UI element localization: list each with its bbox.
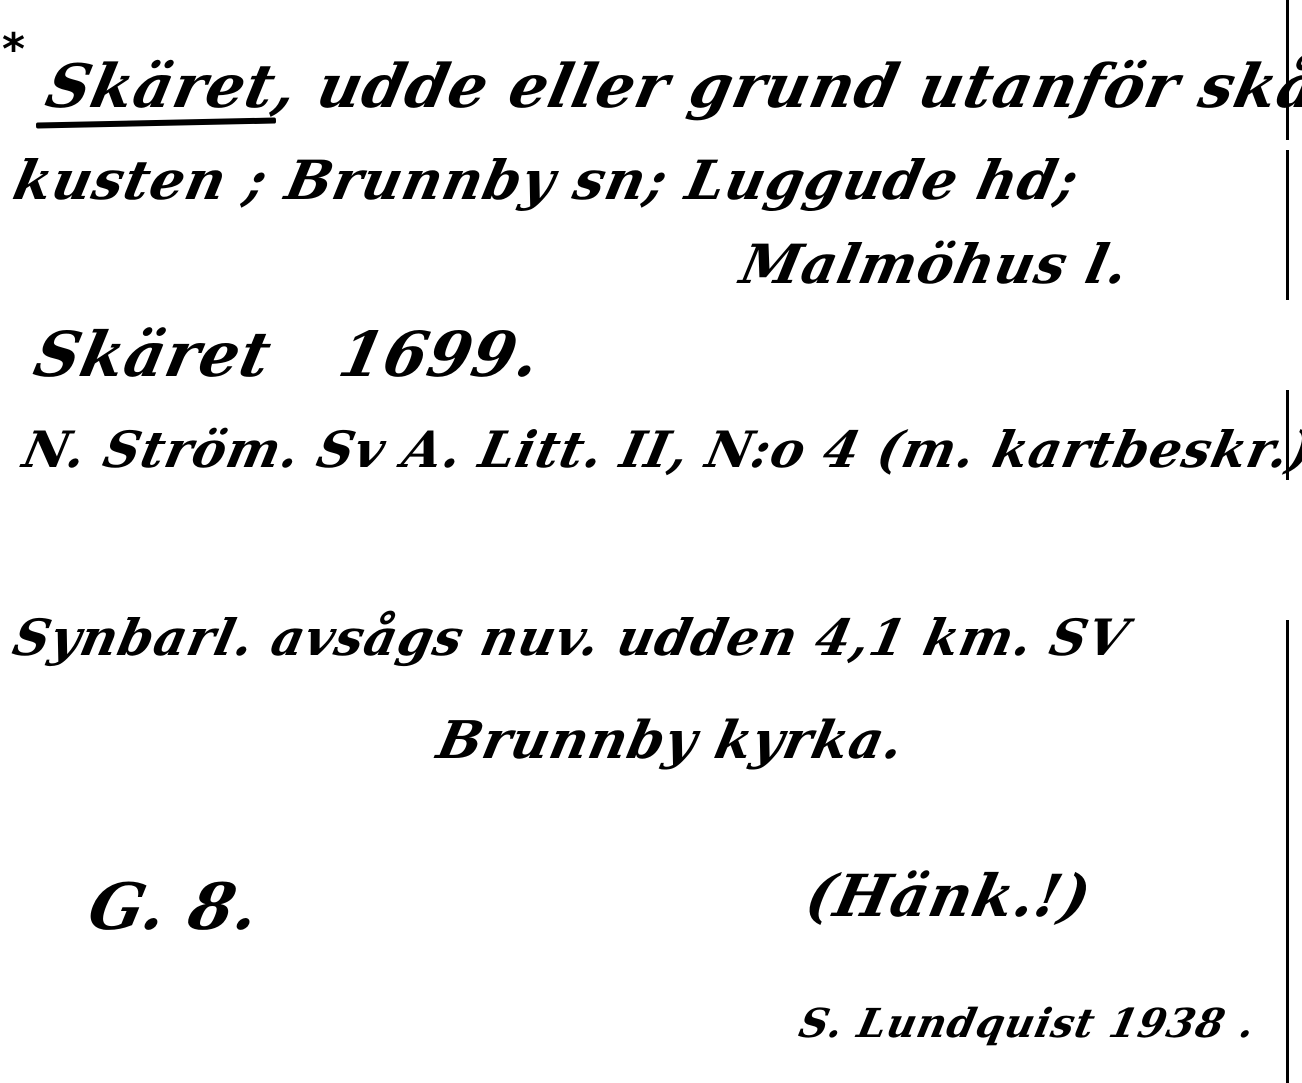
signature: S. Lundquist: [795, 1000, 1100, 1047]
index-card: * Skäret, udde eller grund utanför skåne…: [0, 0, 1302, 1083]
line-2: kusten ; Brunnby sn; Luggude hd;: [8, 148, 1085, 212]
card-edge-line: [1286, 0, 1289, 1083]
historical-name: Skäret: [28, 318, 278, 391]
line-3-county: Malmöhus l.: [735, 232, 1135, 296]
line-1: Skäret, udde eller grund utanför skåne-: [40, 52, 1302, 122]
signature-line: S. Lundquist 1938 .: [795, 1000, 1260, 1047]
headword: Skäret: [40, 52, 282, 122]
historical-year: 1699.: [333, 318, 548, 391]
initials: G. 8.: [82, 870, 267, 945]
line-7-church: Brunnby kyrka.: [432, 710, 910, 771]
line-5-source: N. Ström. Sv A. Litt. II, N:o 4 (m. kart…: [18, 420, 1302, 479]
line-4-historical-form: Skäret1699.: [28, 318, 547, 391]
signature-year: 1938: [1105, 1000, 1230, 1047]
headword-definition: , udde eller grund utanför skåne-: [267, 52, 1302, 122]
line-6-location-note: Synbarl. avsågs nuv. udden 4,1 km. SV: [8, 608, 1134, 667]
signature-end: .: [1235, 1000, 1260, 1047]
asterisk-marker: *: [2, 28, 25, 72]
bracketed-note: (Hänk.!): [800, 862, 1098, 930]
